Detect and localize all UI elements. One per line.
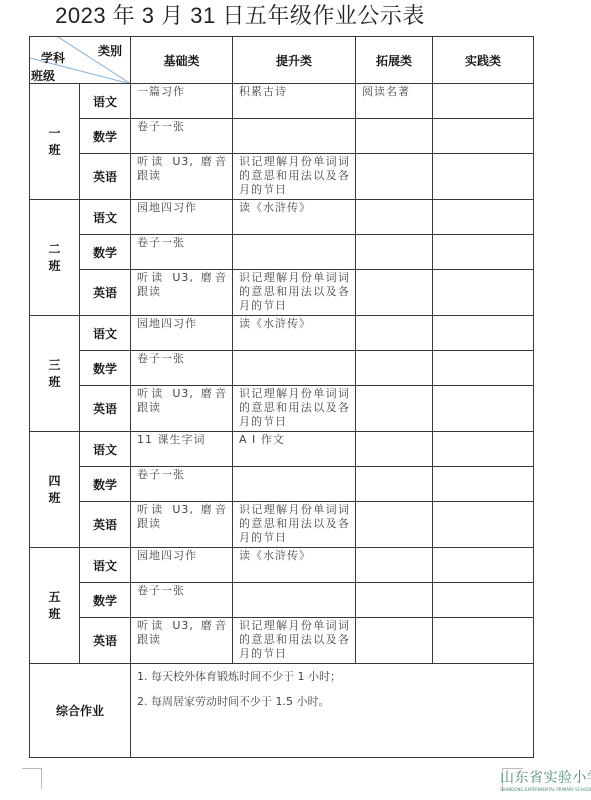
crop-mark-left <box>22 768 42 789</box>
subject-cell: 语文 <box>80 548 131 583</box>
subject-cell: 语文 <box>80 200 131 235</box>
extend-cell <box>356 154 433 200</box>
class-name-cell: 一 班 <box>30 84 80 200</box>
table-row: 四 班 语文 11 课生字词 A I 作文 <box>30 432 534 467</box>
class-name-line2: 班 <box>30 490 79 507</box>
class-name-cell: 二 班 <box>30 200 80 316</box>
extend-cell <box>356 432 433 467</box>
class-name-cell: 四 班 <box>30 432 80 548</box>
table-row: 数学 卷子一张 <box>30 119 534 154</box>
diagonal-header-cell: 类别 学科 班级 <box>30 37 131 84</box>
comprehensive-item: 2. 每周居家劳动时间不少于 1.5 小时。 <box>137 695 527 709</box>
table-row: 三 班 语文 园地四习作 读《水浒传》 <box>30 316 534 351</box>
practice-cell <box>433 316 534 351</box>
practice-cell <box>433 200 534 235</box>
basic-cell: 园地四习作 <box>131 200 233 235</box>
table-row: 数学 卷子一张 <box>30 235 534 270</box>
improve-cell: 读《水浒传》 <box>233 316 356 351</box>
table-row: 英语 听读 U3, 磨音跟读 识记理解月份单词词的意思和用法以及各月的节日 <box>30 502 534 548</box>
subject-cell: 语文 <box>80 316 131 351</box>
extend-cell <box>356 270 433 316</box>
practice-cell <box>433 351 534 386</box>
class-name-cell: 五 班 <box>30 548 80 664</box>
class-name-line2: 班 <box>30 606 79 623</box>
basic-cell: 卷子一张 <box>131 583 233 618</box>
practice-cell <box>433 432 534 467</box>
class-name-line2: 班 <box>30 374 79 391</box>
subject-cell: 英语 <box>80 386 131 432</box>
subject-cell: 英语 <box>80 618 131 664</box>
table-row: 五 班 语文 园地四习作 读《水浒传》 <box>30 548 534 583</box>
extend-cell <box>356 502 433 548</box>
subject-cell: 数学 <box>80 235 131 270</box>
table-row: 数学 卷子一张 <box>30 351 534 386</box>
header-row: 类别 学科 班级 基础类 提升类 拓展类 实践类 <box>30 37 534 84</box>
table-row: 数学 卷子一张 <box>30 583 534 618</box>
practice-cell <box>433 467 534 502</box>
extend-cell: 阅读名著 <box>356 84 433 119</box>
column-header-basic: 基础类 <box>131 37 233 84</box>
improve-cell: 识记理解月份单词词的意思和用法以及各月的节日 <box>233 270 356 316</box>
practice-cell <box>433 235 534 270</box>
extend-cell <box>356 235 433 270</box>
improve-cell <box>233 119 356 154</box>
category-label: 类别 <box>98 42 122 59</box>
column-header-practice: 实践类 <box>433 37 534 84</box>
basic-cell: 一篇习作 <box>131 84 233 119</box>
basic-cell: 听读 U3, 磨音跟读 <box>131 270 233 316</box>
extend-cell <box>356 548 433 583</box>
extend-cell <box>356 200 433 235</box>
basic-cell: 听读 U3, 磨音跟读 <box>131 502 233 548</box>
extend-cell <box>356 316 433 351</box>
improve-cell: 识记理解月份单词词的意思和用法以及各月的节日 <box>233 154 356 200</box>
basic-cell: 园地四习作 <box>131 548 233 583</box>
column-header-improve: 提升类 <box>233 37 356 84</box>
extend-cell <box>356 618 433 664</box>
subject-cell: 英语 <box>80 502 131 548</box>
class-name-line1: 四 <box>30 473 79 490</box>
subject-cell: 数学 <box>80 119 131 154</box>
improve-cell <box>233 583 356 618</box>
class-name-line1: 二 <box>30 241 79 258</box>
page-title: 2023 年 3 月 31 日五年级作业公示表 <box>0 1 480 31</box>
table-row: 英语 听读 U3, 磨音跟读 识记理解月份单词词的意思和用法以及各月的节日 <box>30 154 534 200</box>
comprehensive-item: 1. 每天校外体育锻炼时间不少于 1 小时； <box>137 670 527 684</box>
practice-cell <box>433 154 534 200</box>
school-logo: 山东省实验小学 SHANDONG EXPERIMENTAL PRIMARY SC… <box>500 770 591 793</box>
improve-cell <box>233 351 356 386</box>
extend-cell <box>356 386 433 432</box>
improve-cell <box>233 235 356 270</box>
basic-cell: 园地四习作 <box>131 316 233 351</box>
basic-cell: 卷子一张 <box>131 351 233 386</box>
improve-cell: 识记理解月份单词词的意思和用法以及各月的节日 <box>233 502 356 548</box>
school-logo-cn: 山东省实验小学 <box>500 770 591 787</box>
practice-cell <box>433 548 534 583</box>
comprehensive-label: 综合作业 <box>30 664 131 758</box>
class-name-line2: 班 <box>30 258 79 275</box>
class-name-line1: 三 <box>30 357 79 374</box>
class-name-line1: 五 <box>30 589 79 606</box>
extend-cell <box>356 351 433 386</box>
class-name-line1: 一 <box>30 125 79 142</box>
subject-cell: 数学 <box>80 351 131 386</box>
subject-cell: 英语 <box>80 270 131 316</box>
subject-cell: 语文 <box>80 432 131 467</box>
practice-cell <box>433 583 534 618</box>
basic-cell: 听读 U3, 磨音跟读 <box>131 154 233 200</box>
homework-table: 类别 学科 班级 基础类 提升类 拓展类 实践类 一 班 语文 一篇习作 积累古… <box>29 36 534 758</box>
improve-cell: 读《水浒传》 <box>233 200 356 235</box>
basic-cell: 11 课生字词 <box>131 432 233 467</box>
subject-label: 学科 <box>41 49 65 66</box>
practice-cell <box>433 270 534 316</box>
class-label: 班级 <box>31 67 55 84</box>
practice-cell <box>433 84 534 119</box>
school-logo-en: SHANDONG EXPERIMENTAL PRIMARY SCHOOL <box>500 787 591 793</box>
extend-cell <box>356 583 433 618</box>
subject-cell: 数学 <box>80 467 131 502</box>
table-row: 一 班 语文 一篇习作 积累古诗 阅读名著 <box>30 84 534 119</box>
basic-cell: 卷子一张 <box>131 235 233 270</box>
improve-cell: 识记理解月份单词词的意思和用法以及各月的节日 <box>233 386 356 432</box>
improve-cell <box>233 467 356 502</box>
class-name-line2: 班 <box>30 142 79 159</box>
table-row: 英语 听读 U3, 磨音跟读 识记理解月份单词词的意思和用法以及各月的节日 <box>30 270 534 316</box>
class-name-cell: 三 班 <box>30 316 80 432</box>
table-row: 英语 听读 U3, 磨音跟读 识记理解月份单词词的意思和用法以及各月的节日 <box>30 618 534 664</box>
basic-cell: 听读 U3, 磨音跟读 <box>131 618 233 664</box>
improve-cell: 读《水浒传》 <box>233 548 356 583</box>
practice-cell <box>433 119 534 154</box>
comprehensive-content: 1. 每天校外体育锻炼时间不少于 1 小时； 2. 每周居家劳动时间不少于 1.… <box>131 664 534 758</box>
improve-cell: 识记理解月份单词词的意思和用法以及各月的节日 <box>233 618 356 664</box>
practice-cell <box>433 386 534 432</box>
improve-cell: A I 作文 <box>233 432 356 467</box>
practice-cell <box>433 502 534 548</box>
comprehensive-row: 综合作业 1. 每天校外体育锻炼时间不少于 1 小时； 2. 每周居家劳动时间不… <box>30 664 534 758</box>
subject-cell: 数学 <box>80 583 131 618</box>
basic-cell: 卷子一张 <box>131 119 233 154</box>
subject-cell: 英语 <box>80 154 131 200</box>
extend-cell <box>356 119 433 154</box>
table-row: 英语 听读 U3, 磨音跟读 识记理解月份单词词的意思和用法以及各月的节日 <box>30 386 534 432</box>
table-row: 数学 卷子一张 <box>30 467 534 502</box>
table-row: 二 班 语文 园地四习作 读《水浒传》 <box>30 200 534 235</box>
basic-cell: 听读 U3, 磨音跟读 <box>131 386 233 432</box>
extend-cell <box>356 467 433 502</box>
column-header-extend: 拓展类 <box>356 37 433 84</box>
subject-cell: 语文 <box>80 84 131 119</box>
improve-cell: 积累古诗 <box>233 84 356 119</box>
basic-cell: 卷子一张 <box>131 467 233 502</box>
practice-cell <box>433 618 534 664</box>
